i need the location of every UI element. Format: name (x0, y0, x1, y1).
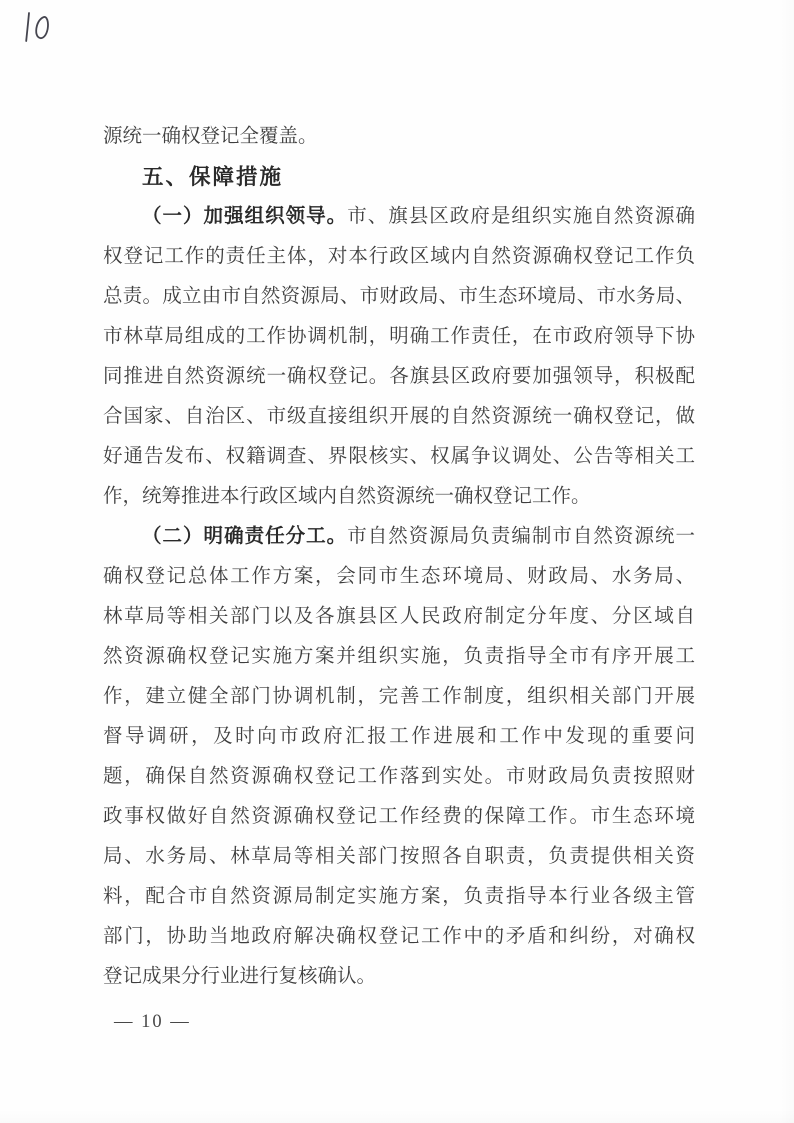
text-line: 政事权做好自然资源确权登记工作经费的保障工作。市生态环境 (103, 797, 695, 837)
body-text: 市自然资源局负责编制市自然资源统一 (347, 526, 695, 547)
body-text: 督导调研，及时向市政府汇报工作进展和工作中发现的重要问 (103, 726, 695, 747)
body-text: 市林草局组成的工作协调机制，明确工作责任，在市政府领导下协 (103, 326, 695, 347)
emphasis-text: （二）明确责任分工。 (142, 526, 347, 547)
text-line: 确权登记总体工作方案，会同市生态环境局、财政局、水务局、 (103, 557, 695, 597)
text-line: 局、水务局、林草局等相关部门按照各自职责，负责提供相关资 (103, 837, 695, 877)
text-line: 总责。成立由市自然资源局、市财政局、市生态环境局、市水务局、 (103, 277, 695, 317)
text-line: 部门，协助当地政府解决确权登记工作中的矛盾和纠纷，对确权 (103, 917, 695, 957)
text-line: 作，统筹推进本行政区域内自然资源统一确权登记工作。 (103, 477, 695, 517)
body-text: 市、旗县区政府是组织实施自然资源确 (347, 206, 695, 227)
body-text: 登记成果分行业进行复核确认。 (103, 966, 376, 987)
text-line: 源统一确权登记全覆盖。 (103, 117, 695, 157)
text-line: 题，确保自然资源确权登记工作落到实处。市财政局负责按照财 (103, 757, 695, 797)
text-line: 权登记工作的责任主体，对本行政区域内自然资源确权登记工作负 (103, 237, 695, 277)
body-text: 作，统筹推进本行政区域内自然资源统一确权登记工作。 (103, 486, 591, 507)
text-line: 料，配合市自然资源局制定实施方案，负责指导本行业各级主管 (103, 877, 695, 917)
body-text: 林草局等相关部门以及各旗县区人民政府制定分年度、分区域自 (103, 606, 695, 627)
document-page: 10 源统一确权登记全覆盖。五、保障措施（一）加强组织领导。市、旗县区政府是组织… (0, 0, 794, 1123)
handwritten-page-number: 10 (20, 8, 60, 52)
text-line: 然资源确权登记实施方案并组织实施，负责指导全市有序开展工 (103, 637, 695, 677)
text-line: 市林草局组成的工作协调机制，明确工作责任，在市政府领导下协 (103, 317, 695, 357)
emphasis-text: 五、保障措施 (142, 165, 283, 189)
body-text: 部门，协助当地政府解决确权登记工作中的矛盾和纠纷，对确权 (103, 926, 695, 947)
section-heading: 五、保障措施 (103, 157, 695, 197)
body-text: 局、水务局、林草局等相关部门按照各自职责，负责提供相关资 (103, 846, 695, 867)
body-text: 总责。成立由市自然资源局、市财政局、市生态环境局、市水务局、 (103, 286, 695, 307)
text-line: 督导调研，及时向市政府汇报工作进展和工作中发现的重要问 (103, 717, 695, 757)
emphasis-text: （一）加强组织领导。 (142, 206, 347, 227)
document-body: 源统一确权登记全覆盖。五、保障措施（一）加强组织领导。市、旗县区政府是组织实施自… (103, 117, 695, 997)
text-line: 同推进自然资源统一确权登记。各旗县区政府要加强领导，积极配 (103, 357, 695, 397)
text-line: 林草局等相关部门以及各旗县区人民政府制定分年度、分区域自 (103, 597, 695, 637)
text-line: 登记成果分行业进行复核确认。 (103, 957, 695, 997)
text-line: （二）明确责任分工。市自然资源局负责编制市自然资源统一 (103, 517, 695, 557)
body-text: 作，建立健全部门协调机制，完善工作制度，组织相关部门开展 (103, 686, 695, 707)
page-number: — 10 — (114, 1002, 191, 1042)
body-text: 题，确保自然资源确权登记工作落到实处。市财政局负责按照财 (103, 766, 695, 787)
text-line: （一）加强组织领导。市、旗县区政府是组织实施自然资源确 (103, 197, 695, 237)
body-text: 然资源确权登记实施方案并组织实施，负责指导全市有序开展工 (103, 646, 695, 667)
body-text: 权登记工作的责任主体，对本行政区域内自然资源确权登记工作负 (103, 246, 695, 267)
text-line: 合国家、自治区、市级直接组织开展的自然资源统一确权登记，做 (103, 397, 695, 437)
body-text: 好通告发布、权籍调查、界限核实、权属争议调处、公告等相关工 (103, 446, 695, 467)
handwriting-strokes-icon (20, 8, 60, 52)
text-line: 好通告发布、权籍调查、界限核实、权属争议调处、公告等相关工 (103, 437, 695, 477)
body-text: 同推进自然资源统一确权登记。各旗县区政府要加强领导，积极配 (103, 366, 695, 387)
text-line: 作，建立健全部门协调机制，完善工作制度，组织相关部门开展 (103, 677, 695, 717)
body-text: 源统一确权登记全覆盖。 (103, 126, 318, 147)
body-text: 政事权做好自然资源确权登记工作经费的保障工作。市生态环境 (103, 806, 695, 827)
body-text: 合国家、自治区、市级直接组织开展的自然资源统一确权登记，做 (103, 406, 695, 427)
body-text: 确权登记总体工作方案，会同市生态环境局、财政局、水务局、 (103, 566, 695, 587)
body-text: 料，配合市自然资源局制定实施方案，负责指导本行业各级主管 (103, 886, 695, 907)
